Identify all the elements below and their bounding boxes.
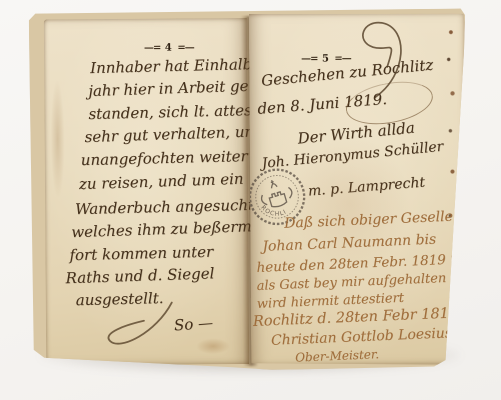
left-page-header: —= 4 =— <box>144 42 194 53</box>
handwriting-line: Johan Carl Naumann bis <box>262 232 436 255</box>
left-page: —= 4 =— Innhaber hat Einhalbes jahr hier… <box>44 18 249 365</box>
handwriting-line: standen, sich lt. attest. <box>88 101 262 123</box>
handwriting-line: fort kommen unter <box>69 243 213 265</box>
right-page: —= 5 =— Geschehen zu Rochlitz den 8. Jun… <box>249 12 467 365</box>
handwriting-line: ausgestellt. <box>76 289 164 309</box>
handwriting-line: m. p. Lamprecht <box>307 175 425 200</box>
handwriting-line: unangefochten weiter <box>81 147 248 169</box>
header-ornament-left: —= <box>301 54 317 65</box>
left-page-number: 4 <box>165 43 173 54</box>
foxing-stain <box>196 338 230 354</box>
right-page-header: —= 5 =— <box>301 53 351 64</box>
header-ornament-left: —= <box>144 43 160 54</box>
signature-title-line: Ober-Meister. <box>295 347 379 365</box>
photo-background: —= 4 =— Innhaber hat Einhalbes jahr hier… <box>0 0 501 400</box>
handwriting-line: jahr hier in Arbeit ge <box>88 77 249 100</box>
signature-mark: So — <box>173 314 213 335</box>
handwriting-line: Wanderbuch angesucht <box>75 196 254 218</box>
foxing-stain <box>50 79 65 199</box>
signature-line: Christian Gottlob Loesius <box>271 325 453 349</box>
right-page-number: 5 <box>322 53 330 64</box>
handwriting-line: Daß sich obiger Geselle <box>284 209 453 232</box>
handwriting-line: sehr gut verhalten, und <box>84 122 264 146</box>
handwriting-line: Raths und d. Siegel <box>65 264 214 287</box>
handwriting-line: welches ihm zu beßerm <box>71 217 252 241</box>
header-ornament-right: =— <box>177 42 193 53</box>
handwriting-line: zu reisen, und um ein <box>79 170 244 193</box>
open-book: —= 4 =— Innhaber hat Einhalbes jahr hier… <box>29 8 470 371</box>
